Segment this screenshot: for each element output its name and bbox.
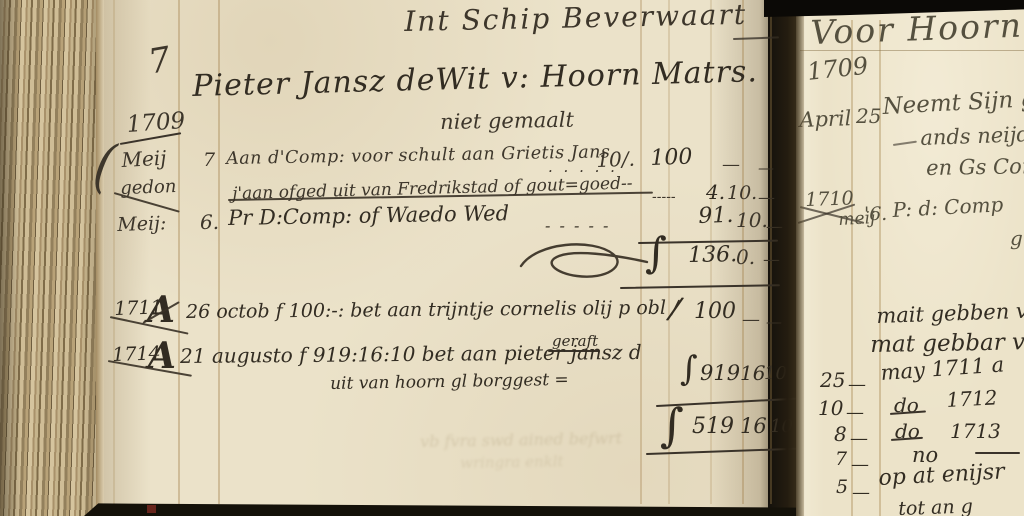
amount-guilders: 100: [694, 301, 736, 323]
ruling-line: [113, 0, 115, 504]
struck-margin-word: gedon: [120, 178, 177, 198]
entry-month: April: [799, 108, 852, 131]
entry-text: Pr D:Comp: of Waedo Wed: [228, 203, 509, 229]
entry-month: Meij: [121, 148, 167, 170]
row-number: 25: [820, 370, 845, 390]
row-text2: 1712: [946, 387, 998, 410]
row-number: 10: [818, 398, 843, 418]
account-subtitle: niet gemaalt: [440, 110, 574, 133]
entry-text: mait gebben v: [876, 301, 1024, 327]
amount-stuivers: —: [742, 311, 760, 329]
entry-text: 21 augusto f 919:16:10 bet aan pieter ja…: [180, 342, 642, 366]
entry-text: P: d: Comp: [892, 194, 1004, 220]
page-gutter-shadow: [760, 0, 804, 516]
row-number: 7: [835, 450, 847, 469]
row-dash: —: [850, 430, 868, 448]
margin-year: 1709: [806, 54, 869, 84]
currency-florin: ∫: [660, 402, 684, 448]
entry-day: 25: [856, 106, 881, 126]
currency-florin: ∫: [645, 232, 667, 274]
entry-text-continued: g: [1010, 228, 1023, 248]
row-text: tot an g: [898, 497, 973, 516]
row-number: 8: [834, 424, 847, 444]
row-overline: [975, 452, 1020, 454]
entry-day: '6.: [864, 205, 887, 224]
amount-guilders: 100: [650, 147, 693, 170]
amount-guilders: 4.: [706, 182, 725, 202]
amount-guilders: 919: [700, 363, 740, 384]
row-number: 5: [836, 478, 848, 497]
flourish-paraph: [515, 232, 655, 287]
sum-stuivers: 0.: [736, 247, 755, 267]
page-edge-stack: [0, 0, 104, 516]
amount-guilders: 91.: [698, 205, 734, 228]
entry-text-continued: ands neijd: [920, 124, 1024, 149]
entry-day: 6.: [200, 212, 219, 232]
amount-stuivers: 10.: [727, 184, 757, 203]
entry-text-continued: en Gs Cons: [926, 156, 1024, 179]
row-text2: 1713: [950, 421, 1001, 441]
bleedthrough-ghost-text: wringra enklt: [460, 454, 564, 471]
ruling-line: [178, 0, 180, 504]
bleedthrough-ghost-text: vb fvra swd ained befwrt: [420, 430, 622, 450]
total-guilders: 519: [692, 416, 734, 438]
entry-day: 7: [203, 151, 215, 170]
row-dash: —: [848, 376, 866, 394]
ledger-header: Int Schip Beverwaart: [404, 1, 747, 36]
sum-guilders: 136.: [688, 244, 737, 267]
row-dash: —: [846, 404, 864, 422]
leader-dashes: -----: [652, 190, 676, 204]
red-edge-mark: [147, 505, 156, 513]
manuscript-ledger-photo: Int Schip Beverwaart 7 Pieter Jansz deWi…: [0, 0, 1024, 516]
entry-month: Meij:: [117, 214, 167, 235]
entry-text-continued: uit van hoorn gl borggest =: [330, 372, 569, 393]
entry-rate: 10/.: [596, 149, 635, 170]
entry-text: 26 octob f 100:-: bet aan trijntje corne…: [186, 299, 679, 322]
currency-florin: ∫: [680, 352, 698, 386]
amount-stuivers: —: [722, 156, 740, 174]
row-dash: —: [852, 484, 870, 502]
row-dash: —: [851, 456, 869, 474]
ruling-line: [879, 20, 881, 516]
